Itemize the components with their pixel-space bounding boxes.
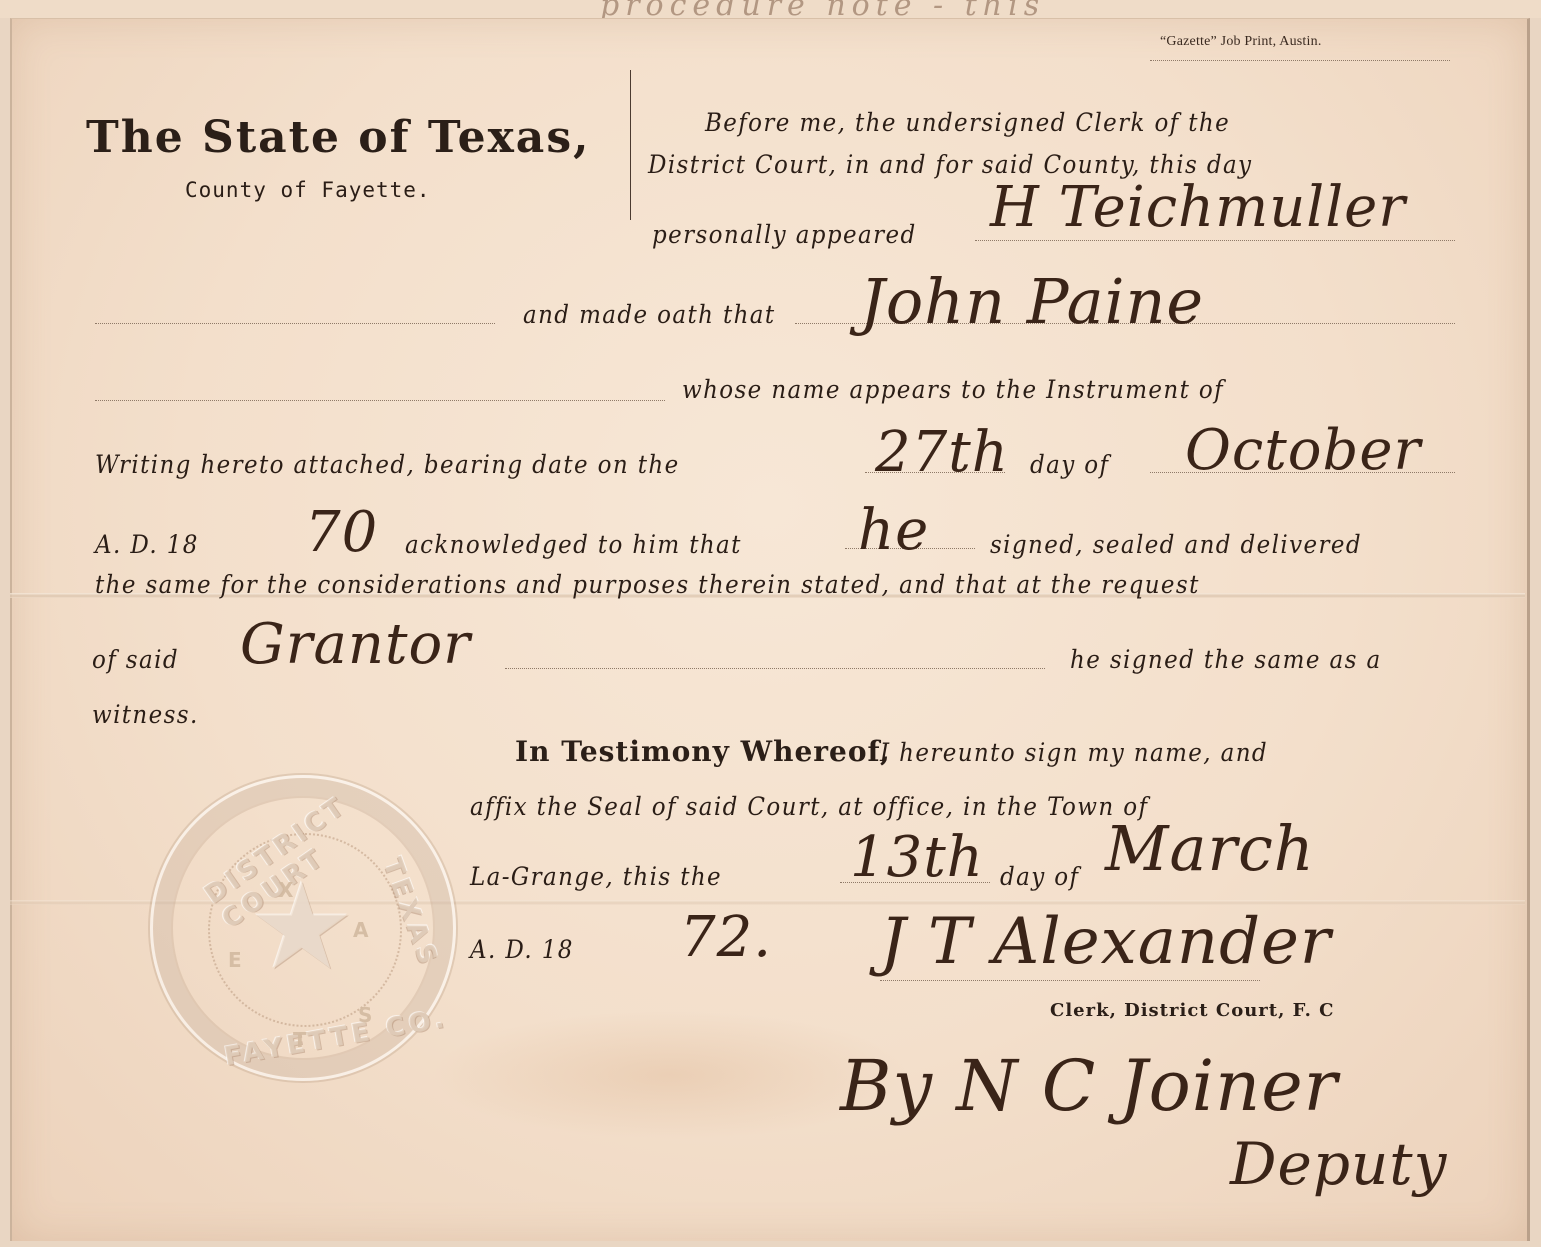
seal-letter: A	[353, 918, 368, 942]
testimony-line-2: affix the Seal of said Court, at office,…	[470, 792, 1148, 821]
body-line-1: Before me, the undersigned Clerk of the	[705, 108, 1230, 137]
appearing-witness-name: H Teichmuller	[990, 175, 1406, 240]
deputy-title: Deputy	[1230, 1130, 1447, 1198]
deputy-signature: By N C Joiner	[840, 1045, 1338, 1127]
state-title: The State of Texas,	[86, 112, 590, 163]
body-line-5: whose name appears to the Instrument of	[682, 375, 1224, 404]
seal-letter: X	[278, 878, 293, 902]
body-line-4-prefix: and made oath that	[523, 300, 776, 329]
clerk-signature: J T Alexander	[880, 905, 1332, 979]
body-line-6-middle: day of	[1030, 450, 1109, 479]
water-stain	[430, 1010, 910, 1140]
pronoun: he	[858, 498, 929, 563]
embossed-court-seal: DISTRICT COURT TEXAS FAYETTE CO. ★ X A E…	[150, 775, 456, 1081]
lone-star-icon: ★	[248, 868, 356, 988]
body-line-6-prefix: Writing hereto attached, bearing date on…	[95, 450, 680, 479]
testimony-line-3-middle: day of	[1000, 862, 1079, 891]
seal-letter: T	[293, 1028, 307, 1052]
instrument-year: 70	[305, 500, 378, 565]
role-handwritten: Grantor	[240, 612, 471, 677]
instrument-month: October	[1185, 418, 1421, 483]
divider	[1150, 60, 1450, 61]
fill-line	[505, 668, 1045, 669]
testimony-lead: In Testimony Whereof,	[515, 735, 891, 768]
instrument-day: 27th	[875, 420, 1009, 485]
grantor-name: John Paine	[860, 265, 1204, 338]
body-line-3-prefix: personally appeared	[652, 220, 917, 249]
signing-day: 13th	[850, 825, 984, 890]
seal-letter: S	[358, 1003, 372, 1027]
body-line-9-prefix: of said	[92, 645, 179, 674]
fill-line	[865, 472, 1005, 473]
body-line-8: the same for the considerations and purp…	[95, 570, 1200, 599]
bracket	[630, 70, 631, 220]
testimony-line-4-prefix: A. D. 18	[470, 935, 574, 964]
body-line-7-prefix: A. D. 18	[95, 530, 199, 559]
signing-month: March	[1105, 812, 1315, 885]
body-line-7-suffix: signed, sealed and delivered	[990, 530, 1362, 559]
fill-line	[95, 323, 495, 324]
top-margin-scrawl: procedure note - this	[0, 0, 1541, 18]
signature-line	[880, 980, 1260, 981]
body-line-7-middle: acknowledged to him that	[405, 530, 742, 559]
clerk-title: Clerk, District Court, F. C	[1050, 1000, 1334, 1021]
body-line-9-suffix: he signed the same as a	[1070, 645, 1382, 674]
signing-year: 72.	[680, 905, 772, 970]
testimony-line-1: I hereunto sign my name, and	[880, 738, 1268, 767]
fill-line	[95, 400, 665, 401]
fill-line	[840, 882, 990, 883]
testimony-line-3-prefix: La-Grange, this the	[470, 862, 722, 891]
seal-letter: E	[228, 948, 242, 972]
fill-line	[975, 240, 1455, 241]
county-label: County of Fayette.	[185, 178, 431, 202]
body-line-10: witness.	[92, 700, 199, 729]
printer-imprint: “Gazette” Job Print, Austin.	[1160, 34, 1322, 50]
